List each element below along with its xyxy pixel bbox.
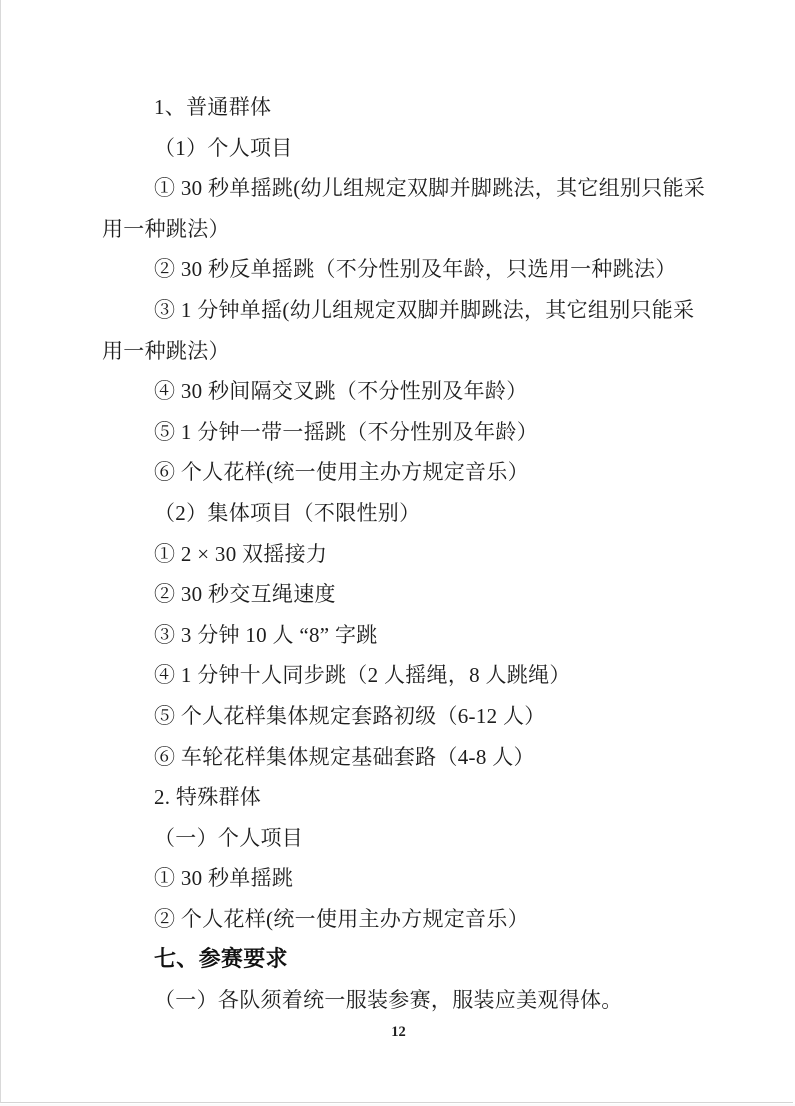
- subsection-individual-events: （1）个人项目: [102, 128, 694, 169]
- team-list-item-3: ③ 3 分钟 10 人 “8” 字跳: [102, 615, 694, 656]
- document-body: 1、普通群体 （1）个人项目 ① 30 秒单摇跳(幼儿组规定双脚并脚跳法，其它组…: [102, 87, 694, 1021]
- requirement-item-1: （一）各队须着统一服装参赛，服装应美观得体。: [102, 980, 694, 1021]
- team-list-item-2: ② 30 秒交互绳速度: [102, 574, 694, 615]
- list-item-5: ⑤ 1 分钟一带一摇跳（不分性别及年龄）: [102, 412, 694, 453]
- list-item-4: ④ 30 秒间隔交叉跳（不分性别及年龄）: [102, 371, 694, 412]
- team-list-item-6: ⑥ 车轮花样集体规定基础套路（4-8 人）: [102, 737, 694, 778]
- team-list-item-4: ④ 1 分钟十人同步跳（2 人摇绳，8 人跳绳）: [102, 655, 694, 696]
- special-list-item-2: ② 个人花样(统一使用主办方规定音乐）: [102, 899, 694, 940]
- list-item-1: ① 30 秒单摇跳(幼儿组规定双脚并脚跳法，其它组别只能采: [102, 168, 694, 209]
- team-list-item-1: ① 2 × 30 双摇接力: [102, 534, 694, 575]
- special-list-item-1: ① 30 秒单摇跳: [102, 858, 694, 899]
- special-subsection-individual-events: （一）个人项目: [102, 818, 694, 859]
- document-page: 1、普通群体 （1）个人项目 ① 30 秒单摇跳(幼儿组规定双脚并脚跳法，其它组…: [0, 0, 793, 1103]
- subsection-team-events: （2）集体项目（不限性别）: [102, 493, 694, 534]
- page-number: 12: [1, 1024, 795, 1041]
- list-item-3-continued: 用一种跳法）: [102, 331, 694, 372]
- section-heading-ordinary-group: 1、普通群体: [102, 87, 694, 128]
- list-item-3: ③ 1 分钟单摇(幼儿组规定双脚并脚跳法，其它组别只能采: [102, 290, 694, 331]
- team-list-item-5: ⑤ 个人花样集体规定套路初级（6-12 人）: [102, 696, 694, 737]
- heading-participation-requirements: 七、参赛要求: [102, 939, 694, 980]
- section-heading-special-group: 2. 特殊群体: [102, 777, 694, 818]
- list-item-2: ② 30 秒反单摇跳（不分性别及年龄，只选用一种跳法）: [102, 249, 694, 290]
- list-item-1-continued: 用一种跳法）: [102, 209, 694, 250]
- list-item-6: ⑥ 个人花样(统一使用主办方规定音乐）: [102, 452, 694, 493]
